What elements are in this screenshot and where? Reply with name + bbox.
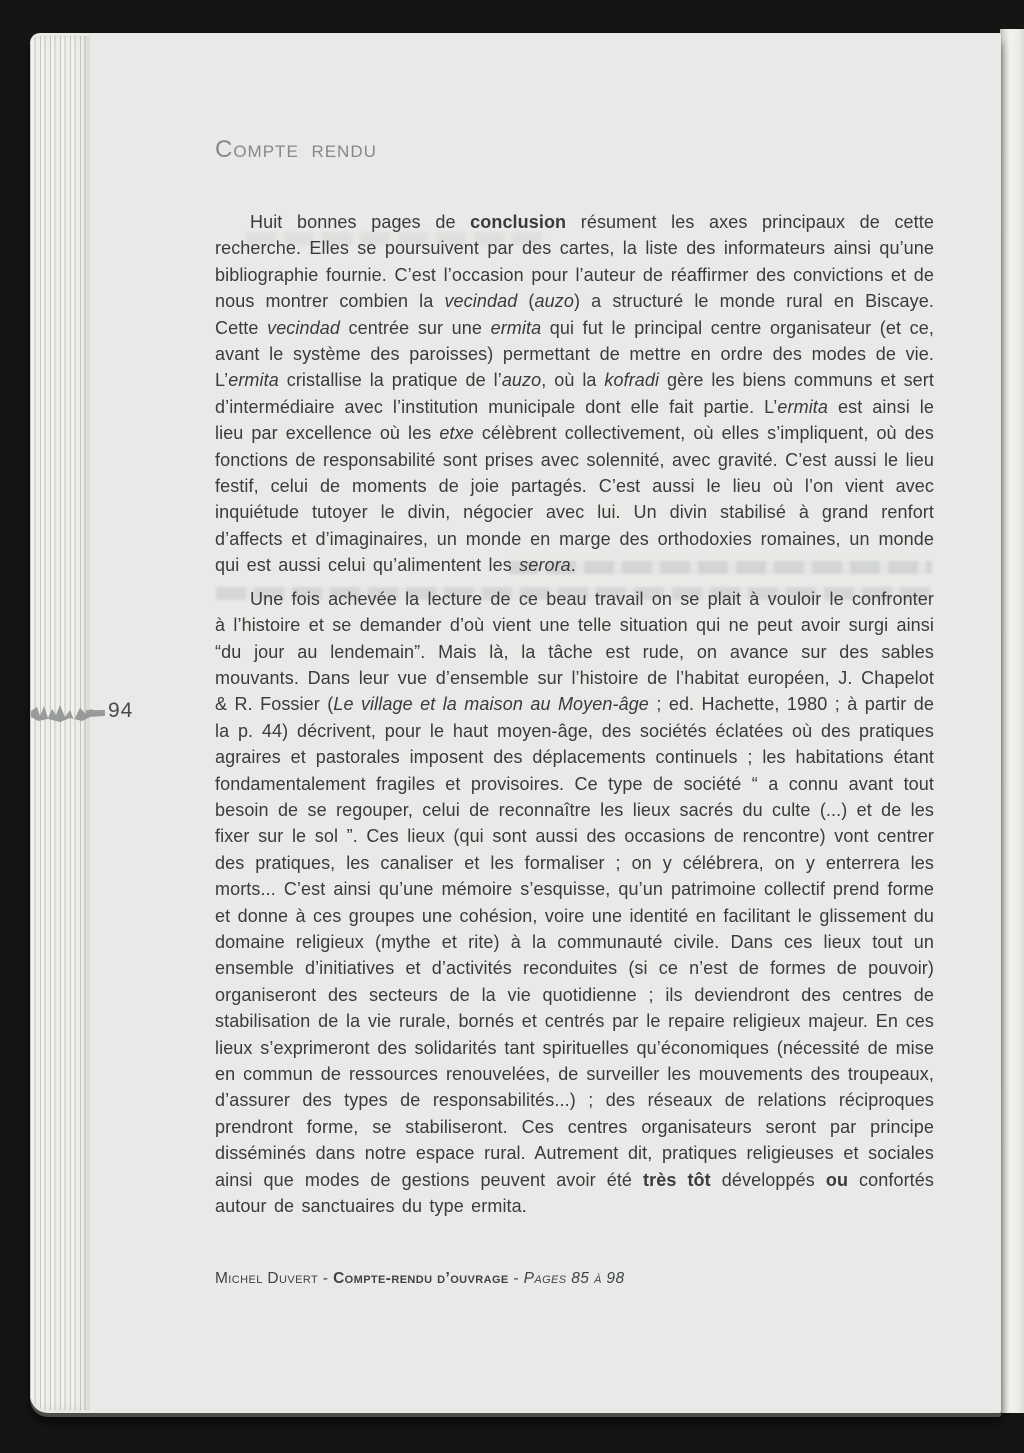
footer-work-title: Compte-rendu d’ouvrage	[333, 1270, 509, 1287]
text-segment: centrée sur une	[340, 318, 491, 338]
facing-page-edge	[1002, 29, 1024, 1413]
footer-pages: Pages 85 à 98	[524, 1270, 625, 1287]
text-segment: auzo	[535, 291, 574, 311]
text-segment: serora	[519, 555, 571, 575]
text-segment: auzo	[502, 370, 541, 390]
text-segment: (	[517, 291, 534, 311]
page-number: 94	[108, 699, 133, 723]
text-segment: etxe	[439, 423, 473, 443]
footer-separator: -	[509, 1270, 524, 1287]
text-segment: ermita	[777, 397, 828, 417]
paragraph: Une fois achevée la lecture de ce beau t…	[215, 586, 934, 1220]
text-segment: conclusion	[470, 212, 566, 232]
text-segment: Huit bonnes pages de	[250, 212, 470, 232]
text-segment: vecindad	[444, 291, 517, 311]
footer-separator: -	[318, 1270, 333, 1287]
text-segment: .	[571, 555, 576, 575]
body-text: Huit bonnes pages de conclusion résument…	[215, 209, 934, 1226]
text-segment: ou	[826, 1170, 848, 1190]
text-segment: Le village et la maison au Moyen-âge	[333, 694, 649, 714]
text-segment: kofradi	[604, 370, 659, 390]
text-segment: ; ed. Hachette, 1980 ; à partir de la p.…	[215, 694, 934, 1189]
text-segment: célèbrent collectivement, où elles s’imp…	[215, 423, 934, 575]
ink-smudge-shape	[30, 700, 106, 726]
text-segment: cristallise la pratique de l’	[279, 370, 502, 390]
text-segment: ermita	[491, 318, 542, 338]
text-segment: vecindad	[267, 318, 340, 338]
text-segment: ermita	[228, 370, 279, 390]
text-segment: , où la	[541, 370, 604, 390]
ink-smudge	[30, 700, 106, 731]
page-footer: Michel Duvert - Compte-rendu d’ouvrage -…	[215, 1270, 624, 1288]
footer-author: Michel Duvert	[215, 1270, 318, 1287]
text-segment: très tôt	[643, 1170, 711, 1190]
text-segment: développés	[711, 1170, 826, 1190]
scan-background: Compte rendu Huit bonnes pages de conclu…	[0, 0, 1024, 1453]
paragraph: Huit bonnes pages de conclusion résument…	[215, 209, 934, 579]
page-header: Compte rendu	[215, 136, 377, 164]
